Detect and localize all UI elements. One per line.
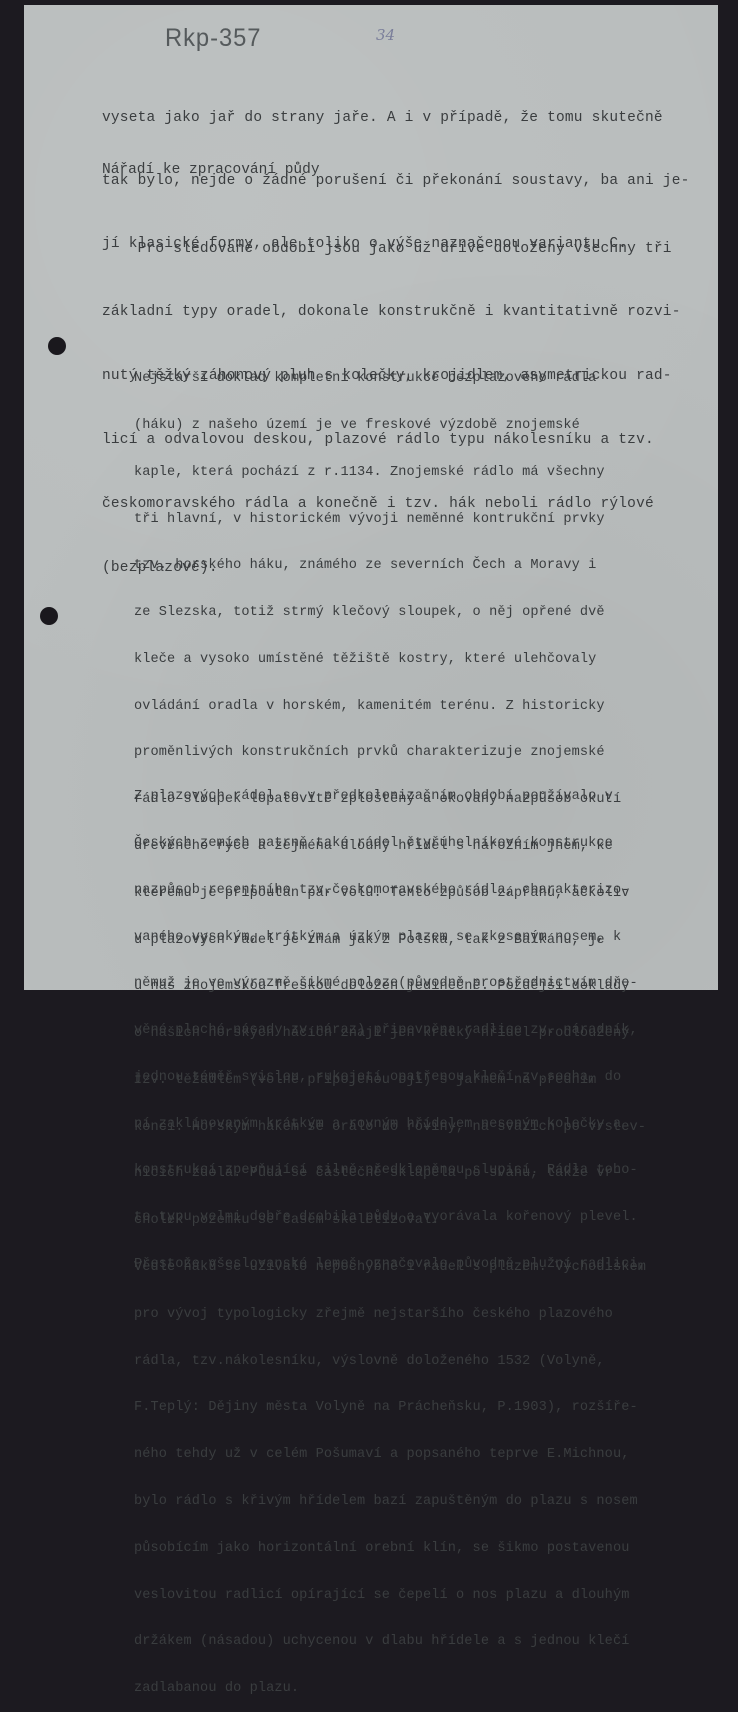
text-line: Nejstarší doklad kompletní konstrukce be… [134,371,646,387]
text-line: němuž je ve výrazně šikmé poloze(původně… [134,976,646,992]
text-line: (háku) z našeho území je ve freskové výz… [134,418,646,434]
text-line: tři hlavní, v historickém vývoji neměnné… [134,512,646,528]
text-line: základní typy oradel, dokonale konstrukč… [102,302,681,323]
text-line: vyseta jako jař do strany jaře. A i v př… [102,108,690,129]
section-heading: Nářadí ke zpracování půdy [102,160,320,181]
text-line: nazpůsob recentního tzv.českomoravského … [134,883,646,899]
text-line: Z plazových rádel se v předkolonizačním … [134,789,646,805]
text-line: vaného vysokým, krátkým a úzkým plazem s… [134,930,646,946]
text-line: ovládání oradla v horském, kamenitém ter… [134,699,646,715]
final-paragraph: Z plazových rádel se v předkolonizačním … [134,758,646,1000]
archive-reference-mark: Rkp-357 [165,24,261,53]
text-line: ze Slezska, totiž strmý klečový sloupek,… [134,605,646,621]
punch-hole-bottom [40,607,58,625]
text-line: kaple, která pochází z r.1134. Znojemské… [134,465,646,481]
text-line: kleče a vysoko umístěné těžiště kostry, … [134,652,646,668]
text-line: Českých zemích patrně také rádel čtyřúhe… [134,836,646,852]
text-line: tzv. horského háku, známého ze severních… [134,558,646,574]
punch-hole-top [48,337,66,355]
folio-number: 34 [376,26,395,44]
text-line: Pro sledované období jsou jako už dříve … [102,239,681,260]
